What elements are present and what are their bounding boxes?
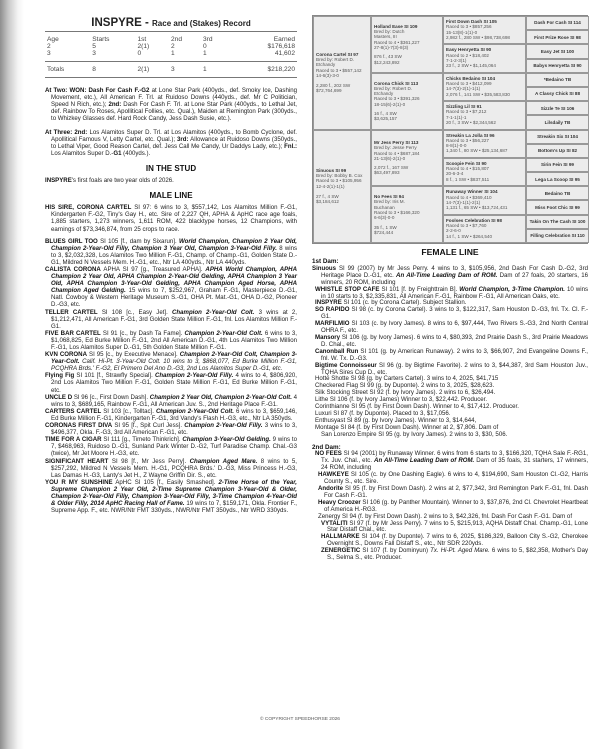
list-item: CORONAS FIRST DIVA SI 95 [f., Spit Curl … — [45, 422, 297, 436]
female-line-heading: FEMALE LINE — [312, 247, 588, 257]
cell: $218,220 — [230, 62, 297, 78]
text: SI 101 (g. by American Runaway). 2 wins … — [321, 348, 588, 362]
list-item: Bigtime Connoisseur SI 96 (g. by Bigtime… — [312, 363, 588, 377]
list-item: KVN CORONA SI 95 [c., by Executive Menac… — [45, 351, 297, 372]
line: $63,497,893 — [374, 170, 440, 175]
line: 14-7(3)-2(1)-1(1) — [446, 86, 480, 91]
text: SI 106 (g. by Ivory James). 6 wins to 4,… — [321, 334, 588, 348]
list-item: BLUES GIRL TOO SI 105 [f., dam by Sixaru… — [45, 238, 297, 266]
title-separator: - — [142, 17, 152, 29]
list-item: FIVE BAR CARTEL SI 91 [c., by Dash Ta Fa… — [45, 330, 297, 351]
line: 2,982 f., 280 SW • $98,738,698 — [446, 35, 510, 40]
text: Los Alamitos Super D.- — [51, 150, 113, 157]
pedigree-gen4-cell: A Classy Chick SI 88 — [526, 87, 589, 101]
pedigree-gen4-cell: Sizzle Te SI 106 — [526, 101, 589, 115]
line: $3,625,157 — [374, 116, 440, 121]
cell: 0 — [135, 50, 169, 62]
text: APHA SI 97 [g., Treasured APHA]. — [101, 266, 206, 273]
label: Fnl.: — [284, 143, 297, 150]
line: $3,184,612 — [316, 199, 368, 204]
line: 15-13(8)-1(1)-0 — [446, 30, 477, 35]
list-item: SIGNIFICANT HEART SI 98 [f., Mr Jess Per… — [45, 458, 297, 479]
header-starts: Starts — [90, 32, 135, 44]
pedigree-dam-dam: No Fees SI 94 Bred by: Iris M. Buchanan … — [371, 186, 443, 243]
pedigree-gen3-cell: Easy Henryetta SI 90Raced to 2 • $18,402… — [443, 44, 526, 72]
list-item: WHISTLE STOP CAFE SI 101 [f. by Freightt… — [312, 287, 588, 301]
record-subtitle: Race and (Stakes) Record — [152, 19, 251, 28]
honors: Champion 2-Year-Old Colt. — [156, 408, 234, 415]
cell: 5 — [90, 43, 135, 50]
cell: Totals — [45, 62, 90, 78]
pedigree-gen4-cell: Sirin Fein SI 99 — [526, 158, 589, 172]
horse-name: Easy Henryetta SI 90 — [446, 47, 491, 52]
cell: 2(1) — [135, 62, 169, 78]
cell: 3 — [45, 50, 90, 62]
line: $724,444 — [374, 230, 440, 235]
honors: Tx. Hi-Pt. Aged Mare. — [430, 547, 490, 554]
list-item: Heavy Croozer SI 106 (g. by Panther Moun… — [312, 500, 588, 514]
pedigree-sire-sire: Holland Ease SI 109 Bred by: Dutch Maste… — [371, 16, 443, 73]
line: 20 f., 3 SW • $2,344,562 — [446, 120, 496, 125]
line: Raced to 3 • $412,099 — [446, 81, 492, 86]
in-the-stud-heading: IN THE STUD — [45, 165, 297, 172]
cell: 1 — [201, 50, 230, 62]
list-item: Andorite SI 95 (f. by First Down Dash). … — [312, 486, 588, 500]
pedigree-gen3-cell: Sizzling Lil SI 91Raced to 3 • $7,2127-1… — [443, 101, 526, 129]
header-3rd: 3rd — [201, 32, 230, 44]
line: 7-1-1(1)-1 — [446, 115, 466, 120]
pedigree-gen4-cell: First Prize Rose SI 98 — [526, 30, 589, 44]
text: SI 106 (g. by Panther Mountain). Winner … — [324, 499, 588, 513]
cell: 2 — [169, 43, 201, 50]
at-three-paragraph: At Three: 2nd: Los Alamitos Super D. Trl… — [45, 129, 297, 157]
cell: 8 — [90, 62, 135, 78]
honors: Champion 3-Year-Old Gelding. — [182, 436, 270, 443]
pedigree-gen4-cell: Lega La Scoop SI 95 — [526, 172, 589, 186]
line: Raced to 4 • $15,807 — [446, 166, 489, 171]
line: 14-7(3)-1(1)-2(1) — [446, 200, 480, 205]
pedigree-gen4-cell: Bottom's Up SI 82 — [526, 144, 589, 158]
sire-name: HIS SIRE, CORONA CARTEL — [45, 204, 131, 211]
cell: 41,602 — [230, 50, 297, 62]
cell: 1 — [169, 50, 201, 62]
pedigree-gen4-cell: Miss Foot Chic SI 99 — [526, 200, 589, 214]
first-dam-entry: Sinuous SI 99 (2007) by Mr Jess Perry. 4… — [312, 266, 588, 287]
race-record-table: Age Starts 1st 2nd 3rd Earned 2 5 2(1) 2… — [45, 31, 297, 78]
horse-name: TIME FOR A CIGAR — [45, 436, 102, 443]
text: (400yds.). — [121, 150, 150, 157]
cell: 2(1) — [135, 43, 169, 50]
text: SI 111 [g., Timeto Thinkrich]. — [102, 436, 183, 443]
table-row: 2 5 2(1) 2 0 $176,618 — [45, 43, 297, 50]
list-item: MARFILMIO SI 103 (c. by Ivory James). 8 … — [312, 321, 588, 335]
race-name: Dash For Cash F.-G2 — [89, 87, 150, 94]
line: 2,076 f., 141 SW • $35,583,830 — [446, 92, 510, 97]
horse-name: Streakin La Jolla SI 96 — [446, 133, 495, 138]
horse-name: CALISTA CORONA — [45, 266, 101, 273]
horse-name: Sizzling Lil SI 91 — [446, 104, 482, 109]
header-age: Age — [45, 32, 90, 44]
text: SI 103 [c., Tolltac]. — [101, 408, 156, 415]
list-item: Canonball Run SI 101 (g. by American Run… — [312, 349, 588, 363]
pedigree-gen3-cell: Chicks Bedaino SI 104Raced to 3 • $412,0… — [443, 73, 526, 101]
line: Raced to 3 • $7,760 — [446, 223, 486, 228]
table-header-row: Age Starts 1st 2nd 3rd Earned — [45, 32, 297, 44]
line: Raced to 4 • $369,410 — [446, 195, 492, 200]
text: SI 105 [f., dam by Sixarun]. — [98, 238, 179, 245]
pedigree-gen4-cell: Filling Celebration SI 110 — [526, 229, 589, 243]
honors: Champion 2 Year Old, Champion 2-Year-Old… — [150, 394, 292, 401]
at-two-paragraph: At Two: WON: Dash For Cash F.-G2 at Lone… — [45, 87, 297, 122]
list-item: SO RAPIDO SI 98 (c. by Corona Cartel). 3… — [312, 307, 588, 321]
right-column: Corona Cartel SI 97 Bred by: Robert D. E… — [312, 15, 588, 562]
line: 1,340 f., 80 SW • $25,134,687 — [446, 148, 507, 153]
text: ApHC SI 105 [f., Easily Smashed]. — [113, 479, 219, 486]
line: $72,764,699 — [316, 88, 368, 93]
horse-name: SIGNIFICANT HEART — [45, 458, 108, 465]
stud-paragraph: INSPYRE's first foals are two year olds … — [45, 177, 297, 184]
line: 2-2-6-0 — [446, 228, 461, 233]
horse-name: Montage — [315, 424, 339, 431]
horse-name: UNCLE D — [45, 394, 72, 401]
header-1st: 1st — [135, 32, 169, 44]
line: 20-6-3-4 — [446, 171, 463, 176]
sire-entry: HIS SIRE, CORONA CARTEL SI 97: 6 wins to… — [45, 204, 297, 232]
horse-name: CORONAS FIRST DIVA — [45, 422, 112, 429]
pedigree-gen3-cell: First Down Dash SI 105Raced to 3 • $857,… — [443, 16, 526, 44]
line: $12,243,892 — [374, 60, 440, 65]
header-earned: Earned — [230, 32, 297, 44]
line: 1,131 f., 65 SW • $13,724,431 — [446, 205, 507, 210]
pedigree-gen4-cell: Streakin Six SI 104 — [526, 130, 589, 144]
pedigree-gen4-cell: *Bedaino TB — [526, 73, 589, 87]
horse-name: INSPYRE — [91, 17, 142, 29]
label: 2nd: — [108, 101, 121, 108]
line: 7-1-2-3(1) — [446, 58, 466, 63]
pedigree-gen3-cell: Foolses Celebration SI 98Raced to 3 • $7… — [443, 215, 526, 243]
pedigree-gen4-cell: Takin On The Cash SI 100 — [526, 215, 589, 229]
horse-name: YOU R MY SUNSHINE — [45, 479, 113, 486]
list-item: CARTERS CARTEL SI 103 [c., Tolltac]. Cha… — [45, 408, 297, 422]
pedigree-gen4-cell: Babys Henryetta SI 90 — [526, 59, 589, 73]
label: WON: — [69, 87, 86, 94]
female-line-section: 1st Dam: Sinuous SI 99 (2007) by Mr Jess… — [312, 259, 588, 562]
label: 2nd: — [74, 129, 87, 136]
text: SI 97 (f. by Mr Jess Perry). 7 wins to 5… — [327, 520, 588, 534]
table-row: 3 3 0 1 1 41,602 — [45, 50, 297, 62]
label: At Three: — [45, 129, 72, 136]
pedigree-gen4-cell: Dash For Cash SI 114 — [526, 16, 589, 30]
horse-name: FIVE BAR CARTEL — [45, 330, 101, 337]
cell: 1 — [201, 62, 230, 78]
list-item: TELLER CARTEL SI 108 [c., Easy Jet]. Cha… — [45, 309, 297, 330]
line: Raced to 2 • $18,402 — [446, 53, 489, 58]
cell: 3 — [169, 62, 201, 78]
second-dam-entry: NO FEES SI 94 (2001) by Runaway Winner. … — [312, 451, 588, 472]
cell: $176,618 — [230, 43, 297, 50]
page-binding-shadow — [0, 0, 24, 749]
pedigree-sire: Corona Cartel SI 97 Bred by: Robert D. E… — [313, 16, 371, 130]
text: SI 98 (c. by Corona Cartel). 3 wins to 3… — [321, 306, 588, 320]
list-item: HALLMARKE SI 104 (f. by Duponte). 7 wins… — [312, 534, 588, 548]
text: SI 104 (f. by Duponte). 7 wins to 6, 202… — [327, 533, 588, 547]
text: SI 96 [c., First Down Dash]. — [72, 394, 150, 401]
copyright-footer: © COPYRIGHT SPEEDHORSE 2026 — [0, 717, 600, 722]
horse-name: Runaway Winner SI 104 — [446, 189, 498, 194]
list-item: Flying Fig SI 101 [f., Strawfly Special]… — [45, 372, 297, 393]
text: SI 95 [f., Spit Curl Jess]. — [112, 422, 184, 429]
text: SI 101 [f., Strawfly Special]. — [74, 372, 155, 379]
male-line-list: BLUES GIRL TOO SI 105 [f., dam by Sixaru… — [45, 238, 297, 515]
pedigree-gen4-cell: Bedaino TB — [526, 186, 589, 200]
horse-name: CARTERS CARTEL — [45, 408, 101, 415]
pedigree-sire-dam: Corona Chick SI 113 Bred by: Robert D. E… — [371, 73, 443, 130]
text: SI 108 [c., Easy Jet]. — [98, 309, 172, 316]
line: 8-8(1)-0-0 — [446, 143, 466, 148]
horse-name: INSPYRE — [45, 177, 72, 184]
text: 's first foals are two year olds of 2026… — [72, 177, 174, 184]
line: Raced to 3 • $56,227 — [446, 138, 489, 143]
list-item: ZENERGETIC SI 107 (f. by Dominyun) Tx. H… — [312, 548, 588, 562]
honors: Champion 2-Year-Old Filly. — [155, 372, 233, 379]
label: At Two: — [45, 87, 67, 94]
line: Raced to 3 • $857,256 — [446, 24, 492, 29]
list-item: VYTALITI SI 97 (f. by Mr Jess Perry). 7 … — [312, 521, 588, 535]
horse-name: Scoopie Fein SI 90 — [446, 161, 487, 166]
honors: An All-Time Leading Dam of ROM. — [374, 457, 474, 464]
list-item: Mansory SI 106 (g. by Ivory James). 6 wi… — [312, 335, 588, 349]
cell: 0 — [201, 43, 230, 50]
cell: 2 — [45, 43, 90, 50]
text: SI 95 [c., by Executive Menace]. — [87, 351, 180, 358]
horse-name: Chicks Bedaino SI 104 — [446, 76, 495, 81]
honors: Champion 2-Year-Old Filly. — [184, 422, 262, 429]
pedigree-gen4-cell: Easy Jet SI 100 — [526, 44, 589, 58]
list-item: HAWKEYE SI 105 (c. by One Dashing Eagle)… — [312, 472, 588, 486]
list-item: YOU R MY SUNSHINE ApHC SI 105 [f., Easil… — [45, 479, 297, 514]
text: SI 84 (f. by First Down Dash). Winner at… — [339, 424, 499, 431]
horse-name: Flying Fig — [45, 372, 74, 379]
horse-name: First Down Dash SI 105 — [446, 19, 497, 24]
horse-name: KVN CORONA — [45, 351, 87, 358]
record-title: INSPYRE - Race and (Stakes) Record — [45, 20, 297, 27]
text: SI 103 (c. by Ivory James). 8 wins to 6,… — [321, 320, 588, 334]
text: SI 105 (c. by One Dashing Eagle). 6 wins… — [324, 471, 588, 485]
cell: 3 — [90, 50, 135, 62]
honors: Champion 2-Year-Old Colt. — [184, 330, 262, 337]
text: SI 91 [c., by Dash Ta Fame]. — [101, 330, 185, 337]
horse-name: Foolses Celebration SI 98 — [446, 218, 502, 223]
list-item: UNCLE D SI 96 [c., First Down Dash]. Cha… — [45, 394, 297, 408]
text: Calif. Hi-Pt. 3-Year-Old Colt. 10 wins t… — [51, 358, 297, 372]
male-line-heading: MALE LINE — [45, 192, 297, 199]
totals-row: Totals 8 2(1) 3 1 $218,220 — [45, 62, 297, 78]
list-item: San Lorenzo Empire SI 95 (g. by Ivory Ja… — [312, 432, 588, 439]
line: 23 f., 2 SW • $1,145,064 — [446, 63, 496, 68]
pedigree-gen3-cell: Streakin La Jolla SI 96Raced to 3 • $56,… — [443, 130, 526, 158]
pedigree-gen3-cell: Runaway Winner SI 104Raced to 4 • $369,4… — [443, 186, 526, 214]
honors: Champion Aged Mare. — [190, 458, 258, 465]
horse-name: TELLER CARTEL — [45, 309, 98, 316]
line: Raced to 3 • $7,212 — [446, 109, 486, 114]
pedigree-gen3-cell: Scoopie Fein SI 90Raced to 4 • $15,80720… — [443, 158, 526, 186]
list-item: TIME FOR A CIGAR SI 111 [g., Timeto Thin… — [45, 436, 297, 457]
honors: An All-Time Leading Dam of ROM. — [396, 272, 497, 279]
pedigree-dam: Sinuous SI 99 Bred by: Bobby B. Cox Race… — [313, 130, 371, 244]
pedigree-chart: Corona Cartel SI 97 Bred by: Robert D. E… — [312, 15, 588, 244]
pedigree-dam-sire: Mr Jess Perry SI 113 Bred by: Jesse Perr… — [371, 130, 443, 187]
list-item: CALISTA CORONA APHA SI 97 [g., Treasured… — [45, 266, 297, 309]
line: 14 f., 1 SW • $264,540 — [446, 234, 492, 239]
text: SI 98 [f., Mr Jess Perry]. — [108, 458, 189, 465]
label: 3rd: — [177, 136, 189, 143]
horse-name: BLUES GIRL TOO — [45, 238, 98, 245]
honors: Champion 2-Year-Old Colt. — [172, 309, 254, 316]
header-2nd: 2nd — [169, 32, 201, 44]
left-column: INSPYRE - Race and (Stakes) Record Age S… — [45, 20, 297, 514]
line: 8 f., 1 SW • $837,511 — [446, 177, 489, 182]
text: SI 95 (f. by First Down Dash). 2 wins at… — [324, 485, 588, 499]
pedigree-gen4-cell: Lilsdaily TB — [526, 115, 589, 129]
